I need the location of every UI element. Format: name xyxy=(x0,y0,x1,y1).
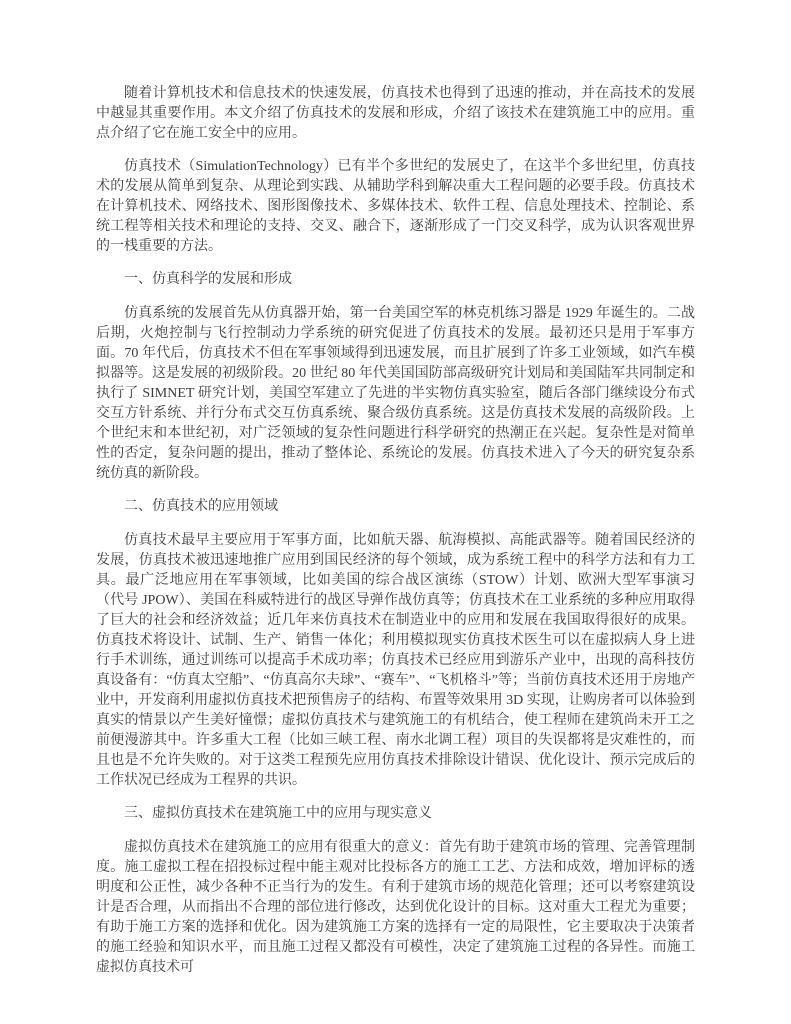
abstract-paragraph: 随着计算机技术和信息技术的快速发展，仿真技术也得到了迅速的推动，并在高技术的发展… xyxy=(96,84,695,144)
section-1-paragraph: 仿真系统的发展首先从仿真器开始，第一台美国空军的林克机练习器是 1929 年诞生… xyxy=(96,304,695,484)
section-3-paragraph: 虚拟仿真技术在建筑施工的应用有很重大的意义：首先有助于建筑市场的管理、完善管理制… xyxy=(96,838,695,978)
section-heading-2: 二、仿真技术的应用领域 xyxy=(96,497,695,517)
section-2-paragraph: 仿真技术最早主要应用于军事方面，比如航天器、航海模拟、高能武器等。随着国民经济的… xyxy=(96,531,695,791)
intro-paragraph: 仿真技术（SimulationTechnology）已有半个多世纪的发展史了，在… xyxy=(96,157,695,257)
section-heading-1: 一、仿真科学的发展和形成 xyxy=(96,270,695,290)
document-page: 随着计算机技术和信息技术的快速发展，仿真技术也得到了迅速的推动，并在高技术的发展… xyxy=(0,0,791,1024)
section-heading-3: 三、虚拟仿真技术在建筑施工中的应用与现实意义 xyxy=(96,804,695,824)
